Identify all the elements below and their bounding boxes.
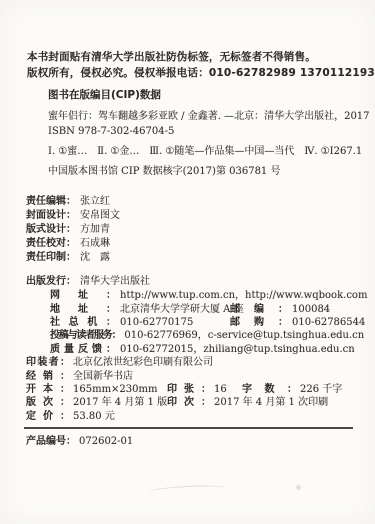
cip-record-line: 中国版本图书馆 CIP 数据核字(2017)第 036781 号 xyxy=(48,166,280,178)
production-row-format: 开本：165mm×230mm 印张：16 字数：226 千字 xyxy=(26,384,157,396)
website-label: 网址： xyxy=(50,290,116,302)
distributor-value: 全国新华书店 xyxy=(73,371,133,382)
address-label: 地址： xyxy=(50,304,116,316)
credit-value: 方加青 xyxy=(80,224,110,235)
word-count-value: 226 千字 xyxy=(300,384,342,395)
production-row-printer: 印装者：北京亿浓世纪彩色印刷有限公司 xyxy=(26,357,213,369)
quality-feedback-value: 010-62772015，zhiliang@tup.tsinghua.edu.c… xyxy=(120,344,355,355)
price-value: 53.80 元 xyxy=(73,411,115,422)
switchboard-label: 社总机： xyxy=(50,317,116,329)
postcode-label: 邮编： xyxy=(230,304,288,316)
print-sheets-label: 印张： xyxy=(167,384,211,396)
copyright-page: 本书封面贴有清华大学出版社防伪标签，无标签者不得销售。 版权所有，侵权必究。侵权… xyxy=(0,0,375,524)
publisher-row-reader-service: 投稿与读者服务：010-62776969，c-service@tup.tsing… xyxy=(50,330,364,342)
credit-value: 石成琳 xyxy=(80,238,110,249)
mail-order-field: 邮购：010-62786544 xyxy=(230,317,365,329)
credit-value: 安帛图文 xyxy=(80,210,120,221)
word-count-label: 字数： xyxy=(242,384,297,396)
format-label: 开本： xyxy=(26,384,70,396)
print-sheets-value: 16 xyxy=(214,384,227,395)
publisher-row-quality-feedback: 质量反馈：010-62772015，zhiliang@tup.tsinghua.… xyxy=(50,344,355,356)
publisher-row-main: 出版发行：清华大学出版社 xyxy=(26,276,150,288)
website-urls: http://www.tup.com.cn，http://www.wqbook.… xyxy=(120,290,367,301)
credit-row-cover-design: 封面设计：安帛图文 xyxy=(26,210,120,222)
scan-streak-artifact xyxy=(148,484,226,496)
credit-row-layout-design: 版式设计：方加青 xyxy=(26,224,110,236)
credit-row-proofreader: 责任校对：石成琳 xyxy=(26,238,110,250)
postcode-value: 100084 xyxy=(292,304,330,315)
word-count-field: 字数：226 千字 xyxy=(242,384,342,396)
production-row-edition: 版次：2017 年 4 月第 1 版 印次：2017 年 4 月第 1 次印刷 xyxy=(26,397,167,409)
product-number-value: 072602-01 xyxy=(79,436,133,447)
divider-rule xyxy=(24,427,353,429)
product-number-label: 产品编号： xyxy=(26,436,76,447)
credit-label: 封面设计： xyxy=(26,210,76,221)
impression-value: 2017 年 4 月第 1 次印刷 xyxy=(214,397,328,408)
publisher-name: 清华大学出版社 xyxy=(80,276,150,287)
mail-order-label: 邮购： xyxy=(230,317,288,329)
address-value: 北京清华大学学研大厦 A 座 xyxy=(120,304,244,315)
publisher-row-address: 地址：北京清华大学学研大厦 A 座 邮编：100084 xyxy=(50,304,244,316)
isbn-line: ISBN 978-7-302-46704-5 xyxy=(48,126,174,138)
product-number-row: 产品编号：072602-01 xyxy=(26,436,133,448)
credit-label: 版式设计： xyxy=(26,224,76,235)
reader-service-label: 投稿与读者服务： xyxy=(50,330,120,341)
publisher-row-switchboard: 社总机：010-62770175 邮购：010-62786544 xyxy=(50,317,193,329)
credit-row-print-supervisor: 责任印制：沈 露 xyxy=(26,252,110,264)
printer-value: 北京亿浓世纪彩色印刷有限公司 xyxy=(73,357,213,368)
postcode-field: 邮编：100084 xyxy=(230,304,330,316)
impression-field: 印次：2017 年 4 月第 1 次印刷 xyxy=(167,397,328,409)
credit-label: 责任校对： xyxy=(26,238,76,249)
publisher-label: 出版发行： xyxy=(26,276,76,287)
production-row-distributor: 经销：全国新华书店 xyxy=(26,371,133,383)
scan-speck-artifact xyxy=(296,485,301,490)
anti-piracy-notice-line2: 版权所有，侵权必究。侵权举报电话：010-62782989 1370112193… xyxy=(27,67,375,79)
publisher-row-website: 网址：http://www.tup.com.cn，http://www.wqbo… xyxy=(50,290,367,302)
cip-classification-line: Ⅰ. ①蜜… Ⅱ. ①金… Ⅲ. ①随笔—作品集—中国—当代 Ⅳ. ①I267.… xyxy=(48,146,362,158)
quality-feedback-label: 质量反馈： xyxy=(50,344,116,356)
print-sheets-field: 印张：16 xyxy=(167,384,227,396)
switchboard-value: 010-62770175 xyxy=(120,317,193,328)
edition-value: 2017 年 4 月第 1 版 xyxy=(73,397,167,408)
reader-service-value: 010-62776969，c-service@tup.tsinghua.edu.… xyxy=(124,330,364,341)
credit-row-editor: 责任编辑：张立红 xyxy=(26,196,110,208)
distributor-label: 经销： xyxy=(26,371,70,383)
edition-label: 版次： xyxy=(26,397,70,409)
credit-value: 张立红 xyxy=(80,196,110,207)
impression-label: 印次： xyxy=(167,397,211,409)
credit-label: 责任编辑： xyxy=(26,196,76,207)
printer-label: 印装者： xyxy=(26,357,70,369)
credit-value: 沈 露 xyxy=(80,252,110,263)
format-value: 165mm×230mm xyxy=(73,384,157,395)
mail-order-value: 010-62786544 xyxy=(292,317,365,328)
price-label: 定价： xyxy=(26,411,70,423)
cip-title-line: 蜜年侣行：驾车翻越多彩亚欧 / 金鑫著. —北京：清华大学出版社，2017 xyxy=(48,111,370,123)
production-row-price: 定价：53.80 元 xyxy=(26,411,115,423)
cip-heading: 图书在版编目(CIP)数据 xyxy=(48,89,161,101)
anti-piracy-notice-line1: 本书封面贴有清华大学出版社防伪标签，无标签者不得销售。 xyxy=(27,51,316,63)
credit-label: 责任印制： xyxy=(26,252,76,263)
